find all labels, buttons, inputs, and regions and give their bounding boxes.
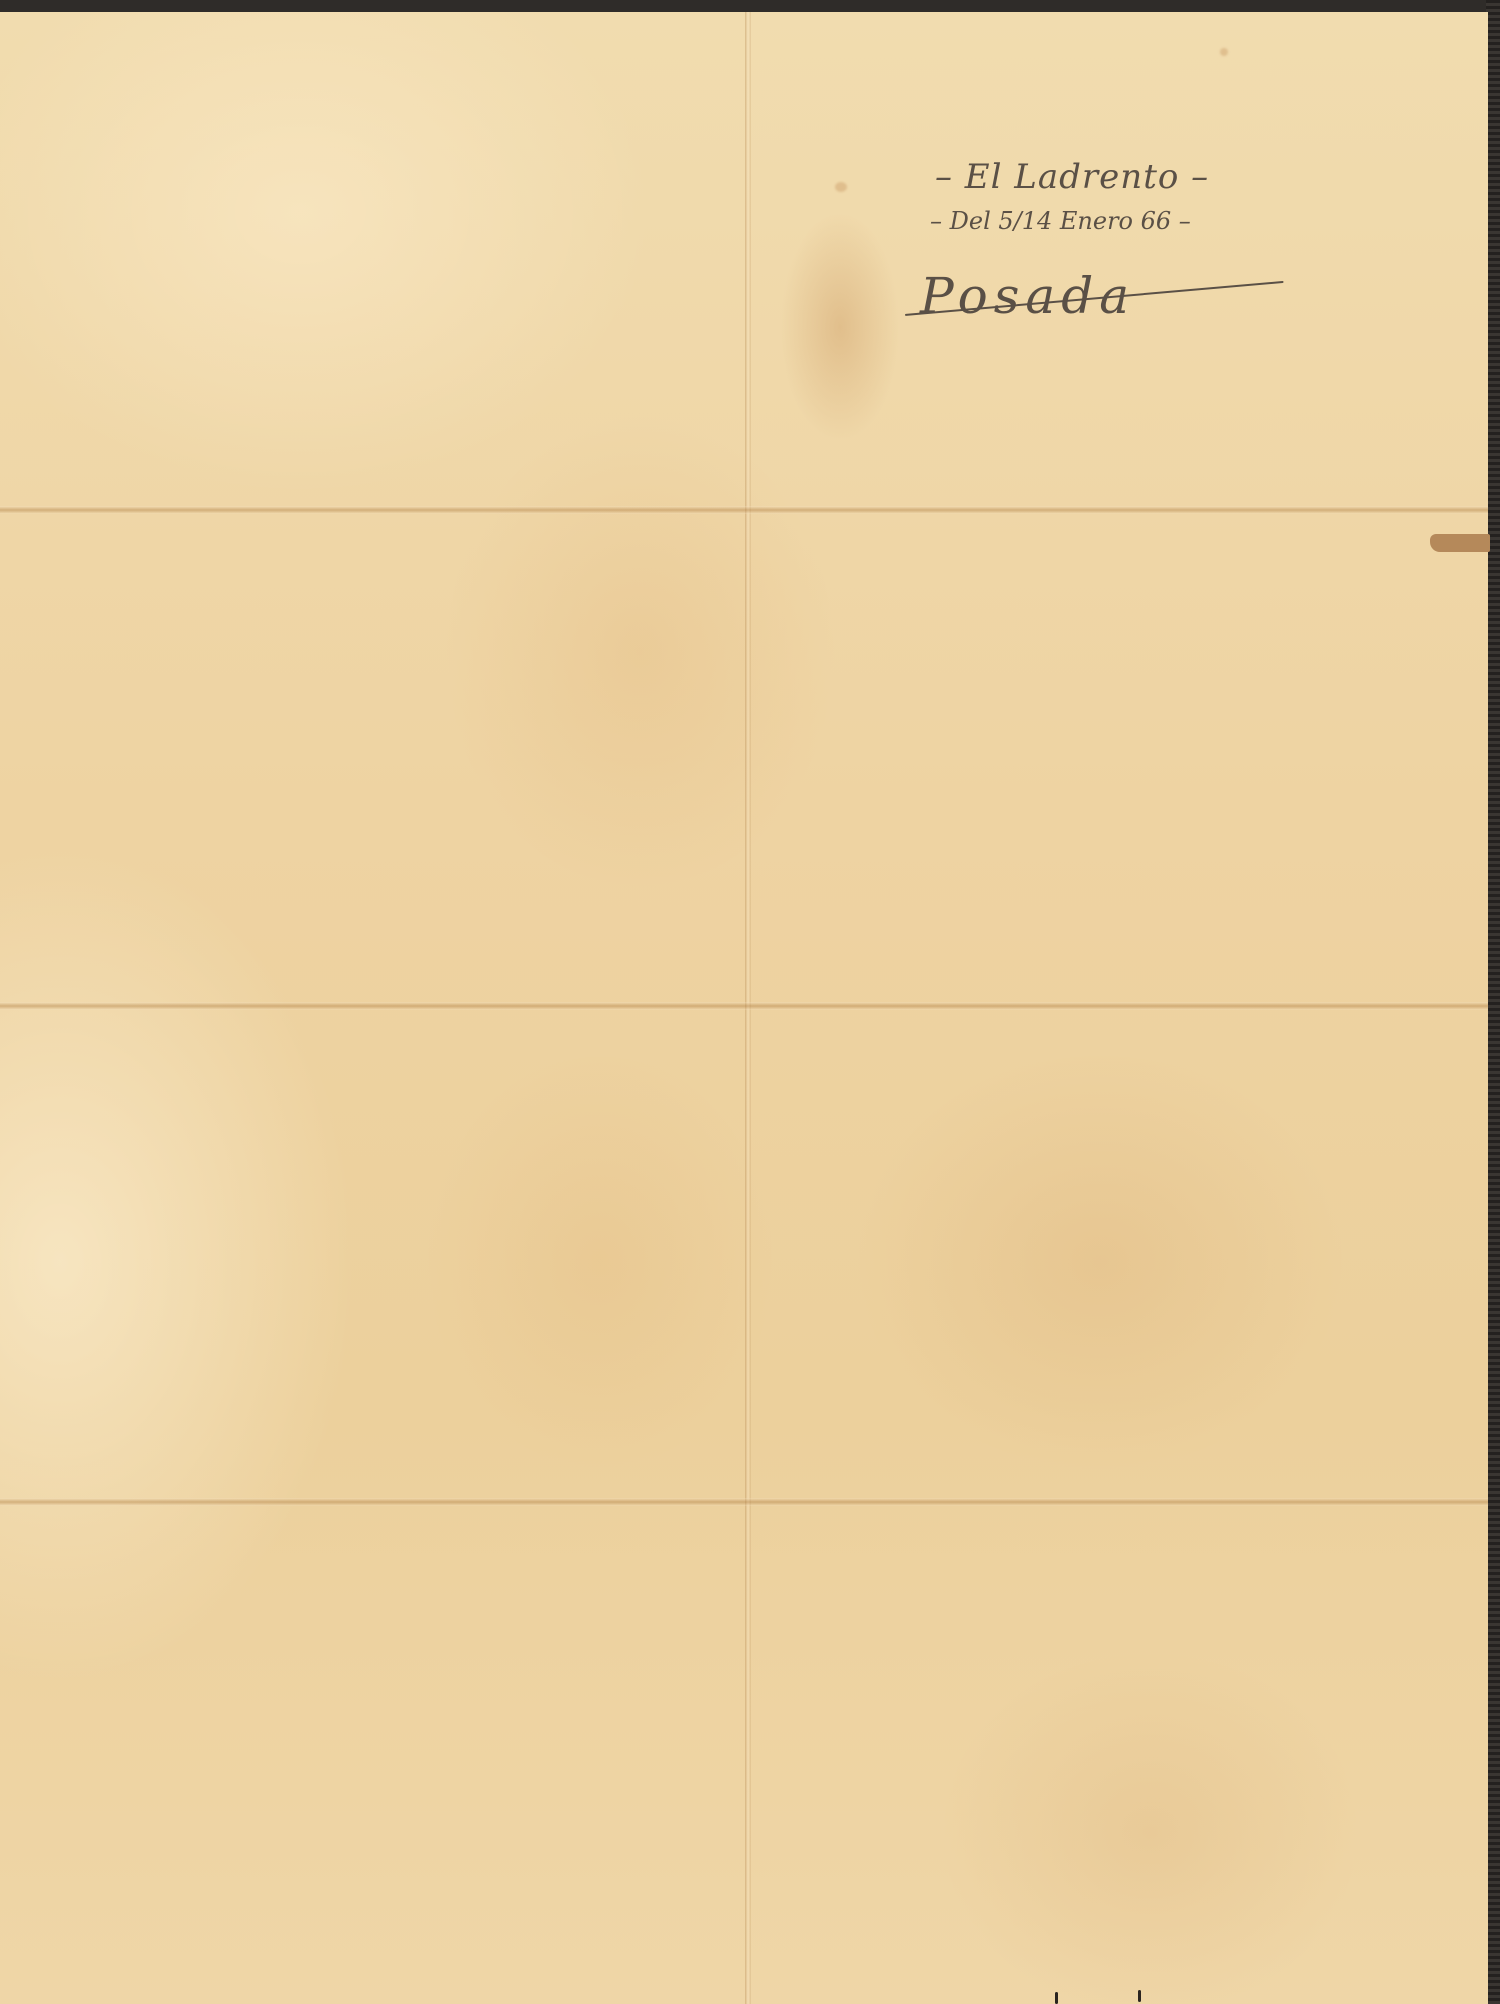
horizontal-fold-crease <box>0 1498 1488 1506</box>
horizontal-fold-crease <box>0 506 1488 514</box>
handwritten-title: – El Ladrento – <box>935 157 1209 197</box>
handwritten-date: – Del 5/14 Enero 66 – <box>930 207 1191 235</box>
paper-tear <box>1430 534 1490 552</box>
horizontal-fold-crease <box>0 1002 1488 1010</box>
paper-sheet: – El Ladrento – – Del 5/14 Enero 66 – Po… <box>0 12 1488 2004</box>
foxing-spot <box>835 182 847 192</box>
foxing-stain <box>780 212 900 442</box>
foxing-spot <box>1220 48 1228 56</box>
pencil-mark <box>1138 1990 1141 2002</box>
pencil-mark <box>1055 1992 1058 2004</box>
background-surface <box>1486 0 1500 2004</box>
